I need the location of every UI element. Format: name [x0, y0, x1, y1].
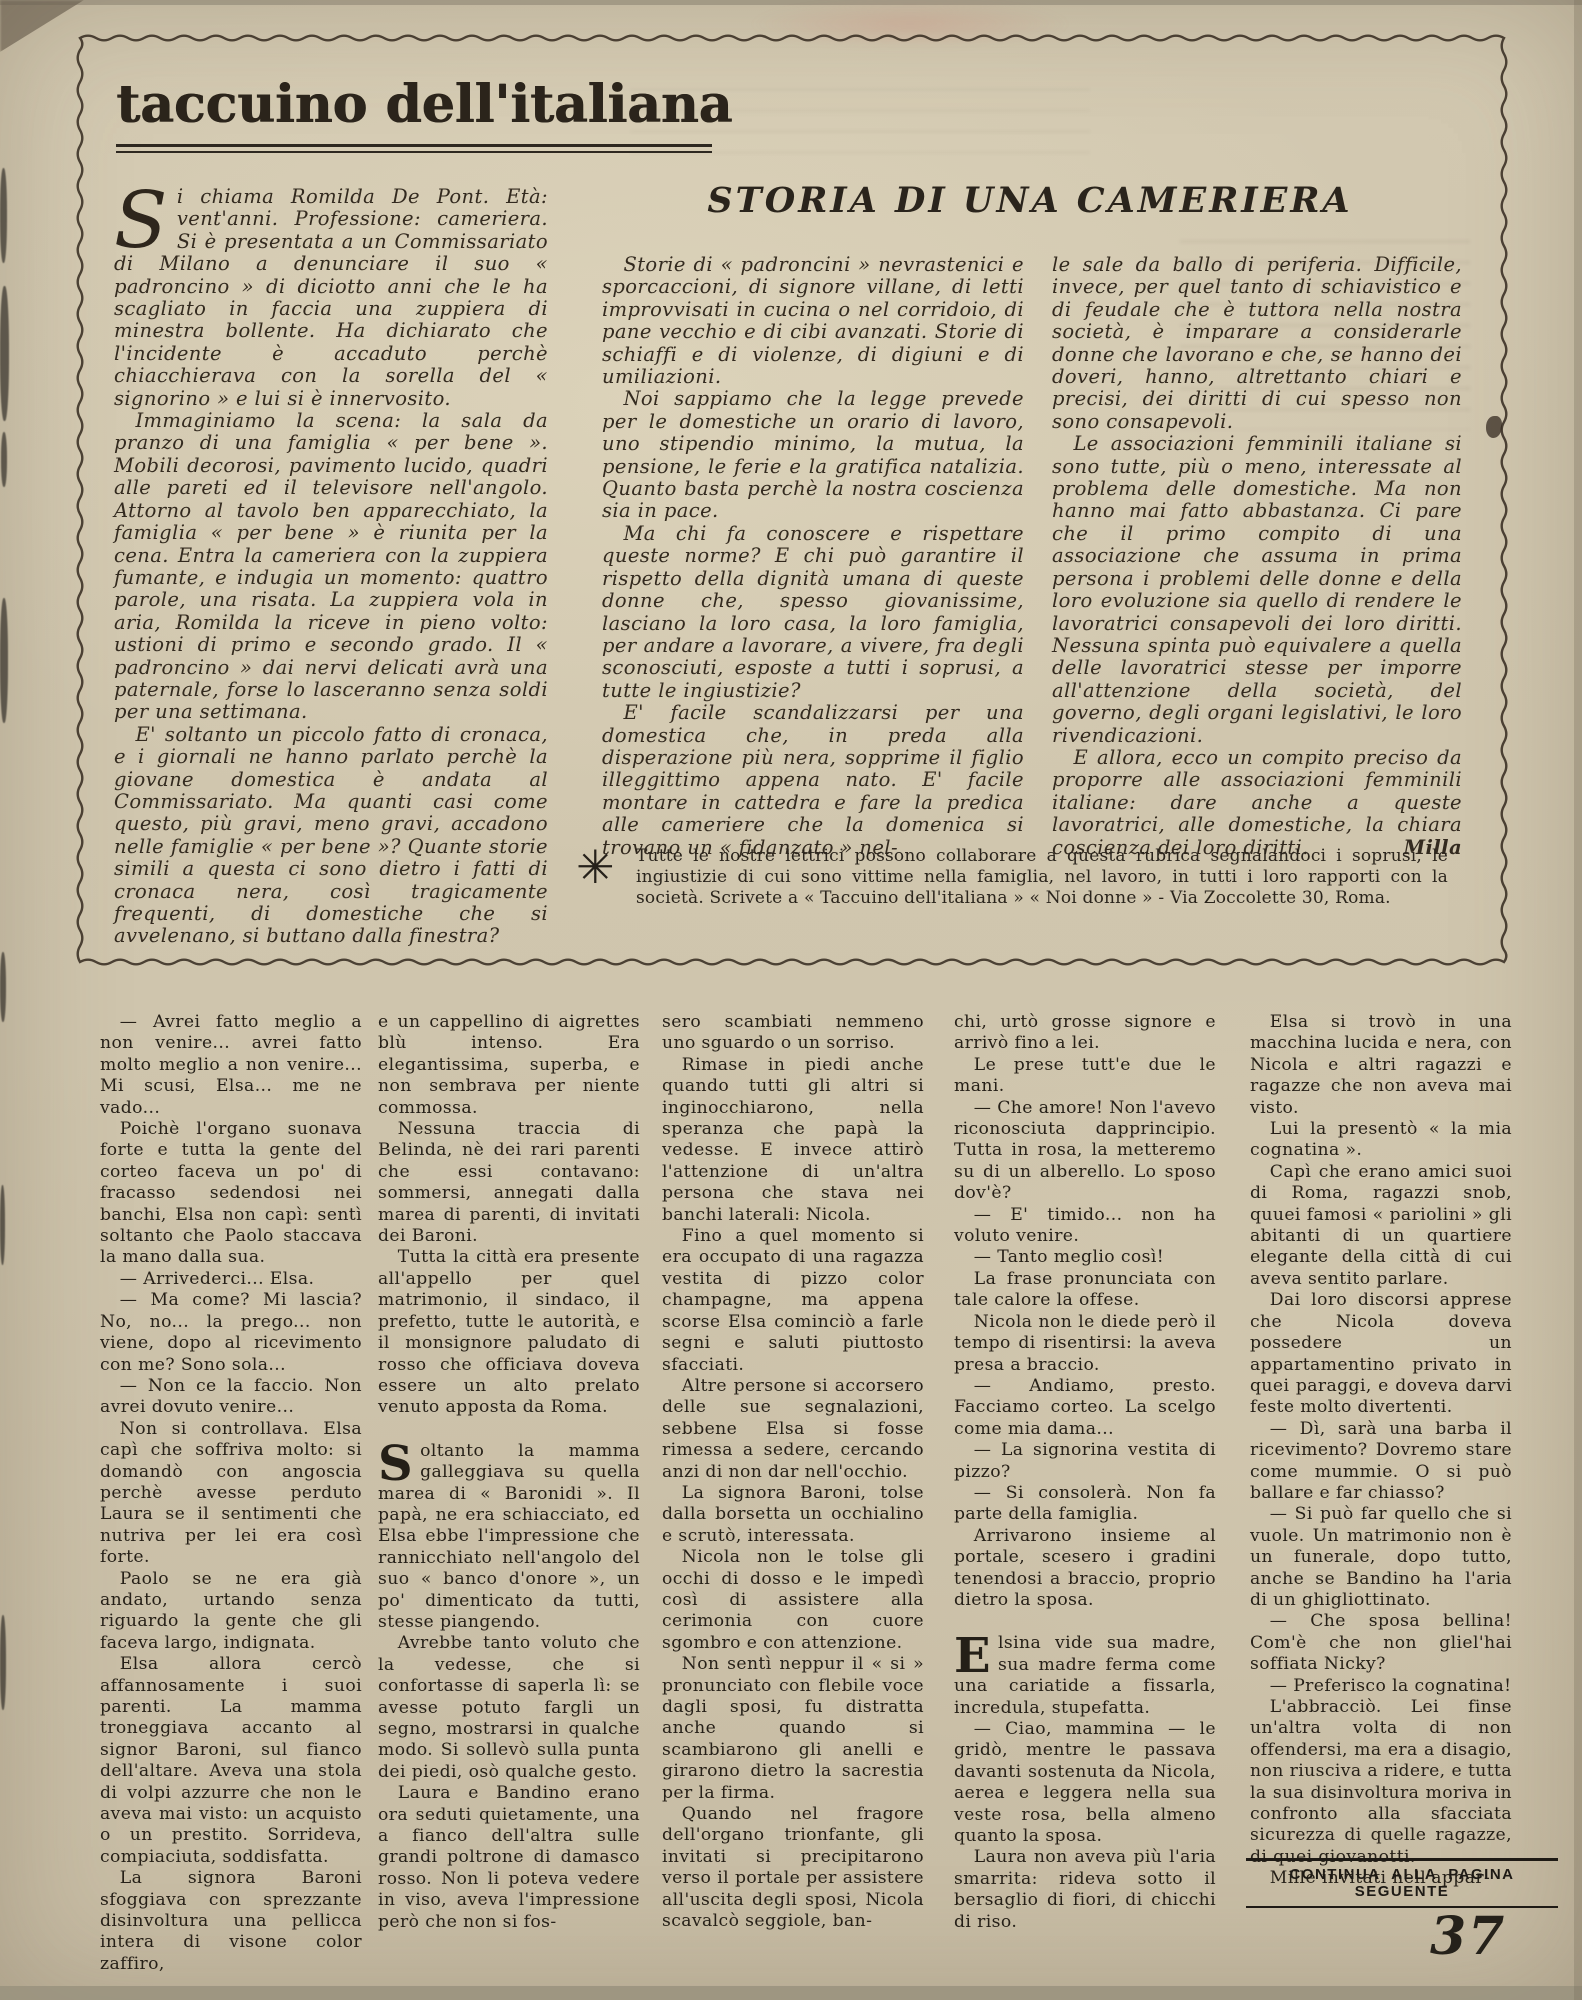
drop-cap: S — [114, 186, 177, 251]
story-paragraph: — Si può far quello che si vuole. Un mat… — [1250, 1504, 1512, 1611]
feature-paragraph: E' facile scandalizzarsi per una domesti… — [602, 702, 1024, 859]
story-paragraph: Avrebbe tanto voluto che la vedesse, che… — [378, 1633, 640, 1783]
story-paragraph: Fino a quel momento si era occupato di u… — [662, 1226, 924, 1376]
drop-cap: E — [954, 1633, 998, 1675]
feature-paragraph: Ma chi fa conoscere e rispettare queste … — [602, 523, 1024, 702]
story-paragraph: — Che amore! Non l'avevo riconosciuta da… — [954, 1098, 1216, 1205]
rubric-title: taccuino dell'italiana — [116, 74, 732, 135]
drop-cap: S — [378, 1441, 420, 1483]
story-paragraph: La frase pronunciata con tale calore la … — [954, 1269, 1216, 1312]
story-paragraph: — Che sposa bellina! Com'è che non gliel… — [1250, 1611, 1512, 1675]
magazine-page: taccuino dell'italiana STORIA DI UNA CAM… — [0, 0, 1582, 2000]
story-paragraph: Nicola non le diede però il tempo di ris… — [954, 1312, 1216, 1376]
scan-artifact — [1, 432, 7, 487]
feature-paragraph: Noi sappiamo che la legge prevede per le… — [602, 388, 1024, 522]
story-paragraph: La signora Baroni sfoggiava con sprezzan… — [100, 1868, 362, 1975]
story-paragraph: Arrivarono insieme al portale, scesero i… — [954, 1526, 1216, 1612]
story-column-4: chi, urtò grosse signore e arrivò fino a… — [954, 1012, 1216, 1933]
story-paragraph: Dai loro discorsi apprese che Nicola dov… — [1250, 1290, 1512, 1418]
story-paragraph: Non si controllava. Elsa capì che soffri… — [100, 1419, 362, 1569]
story-paragraph: Lui la presentò « la mia cognatina ». — [1250, 1119, 1512, 1162]
feature-paragraph: E' soltanto un piccolo fatto di cronaca,… — [114, 724, 548, 948]
continue-notice: CONTINUA ALLA PAGINA SEGUENTE — [1246, 1858, 1558, 1908]
story-paragraph: Laura e Bandino erano ora seduti quietam… — [378, 1783, 640, 1933]
story-paragraph: Capì che erano amici suoi di Roma, ragaz… — [1250, 1162, 1512, 1290]
story-paragraph: Laura non aveva più l'aria smarrita: rid… — [954, 1847, 1216, 1933]
story-paragraph: Elsa si trovò in una macchina lucida e n… — [1250, 1012, 1512, 1119]
story-paragraph: — Dì, sarà una barba il ricevimento? Dov… — [1250, 1419, 1512, 1505]
story-column-5: Elsa si trovò in una macchina lucida e n… — [1250, 1012, 1512, 1890]
story-paragraph: — Avrei fatto meglio a non venire... avr… — [100, 1012, 362, 1119]
story-paragraph: Rimase in piedi anche quando tutti gli a… — [662, 1055, 924, 1226]
story-paragraph: Nicola non le tolse gli occhi di dosso e… — [662, 1547, 924, 1654]
story-paragraph: — Andiamo, presto. Facciamo corteo. La s… — [954, 1376, 1216, 1440]
feature-paragraph: le sale da ballo di periferia. Difficile… — [1052, 254, 1462, 433]
story-paragraph: e un cappellino di aigrettes blù intenso… — [378, 1012, 640, 1119]
scan-artifact — [0, 952, 6, 1022]
story-paragraph: — Arrivederci... Elsa. — [100, 1269, 362, 1290]
scan-artifact — [0, 286, 9, 421]
scan-artifact — [0, 168, 7, 263]
page-number: 37 — [1430, 1906, 1506, 1967]
scan-artifact — [0, 1185, 5, 1265]
story-paragraph: L'abbracciò. Lei finse un'altra volta di… — [1250, 1697, 1512, 1868]
masthead-rule — [116, 144, 712, 153]
feature-paragraph: Si chiama Romilda De Pont. Età: vent'ann… — [114, 186, 548, 410]
story-column-1: — Avrei fatto meglio a non venire... avr… — [100, 1012, 362, 1975]
story-paragraph: Paolo se ne era già andato, urtando senz… — [100, 1569, 362, 1655]
story-paragraph: — La signorina vestita di pizzo? — [954, 1440, 1216, 1483]
feature-paragraph: Immaginiamo la scena: la sala da pranzo … — [114, 410, 548, 724]
story-paragraph: — Preferisco la cognatina! — [1250, 1676, 1512, 1697]
story-paragraph: chi, urtò grosse signore e arrivò fino a… — [954, 1012, 1216, 1055]
scan-artifact — [0, 1615, 6, 1710]
story-paragraph: Elsina vide sua madre, sua madre ferma c… — [954, 1633, 1216, 1719]
scan-artifact — [0, 598, 8, 723]
scan-artifact — [1574, 0, 1582, 2000]
story-column-3: sero scambiati nemmeno uno sguardo o un … — [662, 1012, 924, 1932]
feature-column-left: Si chiama Romilda De Pont. Età: vent'ann… — [114, 186, 548, 948]
story-paragraph: Tutta la città era presente all'appello … — [378, 1247, 640, 1418]
feature-paragraph: Le associazioni femminili italiane si so… — [1052, 433, 1462, 747]
story-paragraph: Elsa allora cercò affannosamente i suoi … — [100, 1654, 362, 1868]
feature-paragraph: Storie di « padroncini » nevrastenici e … — [602, 254, 1024, 388]
feature-column-middle: Storie di « padroncini » nevrastenici e … — [602, 254, 1024, 859]
story-paragraph: La signora Baroni, tolse dalla borsetta … — [662, 1483, 924, 1547]
story-paragraph: — Si consolerà. Non fa parte della famig… — [954, 1483, 1216, 1526]
asterisk-icon: ✳ — [576, 840, 615, 894]
story-paragraph: Altre persone si accorsero delle sue seg… — [662, 1376, 924, 1483]
story-paragraph: — E' timido... non ha voluto venire. — [954, 1205, 1216, 1248]
scan-artifact — [0, 1986, 1582, 2000]
story-paragraph: Poichè l'organo suonava forte e tutta la… — [100, 1119, 362, 1269]
story-column-2: e un cappellino di aigrettes blù intenso… — [378, 1012, 640, 1933]
article-headline: STORIA DI UNA CAMERIERA — [600, 180, 1460, 221]
feature-column-right: le sale da ballo di periferia. Difficile… — [1052, 254, 1462, 859]
story-paragraph: sero scambiati nemmeno uno sguardo o un … — [662, 1012, 924, 1055]
story-paragraph: Le prese tutt'e due le mani. — [954, 1055, 1216, 1098]
story-paragraph: — Non ce la faccio. Non avrei dovuto ven… — [100, 1376, 362, 1419]
story-paragraph: Non sentì neppur il « si » pronunciato c… — [662, 1654, 924, 1804]
story-paragraph: Nessuna traccia di Belinda, nè dei rari … — [378, 1119, 640, 1247]
story-paragraph: Soltanto la mamma galleggiava su quella … — [378, 1441, 640, 1634]
story-paragraph: — Ciao, mammina — le gridò, mentre le pa… — [954, 1719, 1216, 1847]
story-paragraph: Quando nel fragore dell'organo trionfant… — [662, 1804, 924, 1932]
editorial-note: Tutte le nostre lettrici possono collabo… — [636, 846, 1448, 909]
story-paragraph: — Ma come? Mi lascia? No, no... la prego… — [100, 1290, 362, 1376]
story-paragraph: — Tanto meglio così! — [954, 1247, 1216, 1268]
